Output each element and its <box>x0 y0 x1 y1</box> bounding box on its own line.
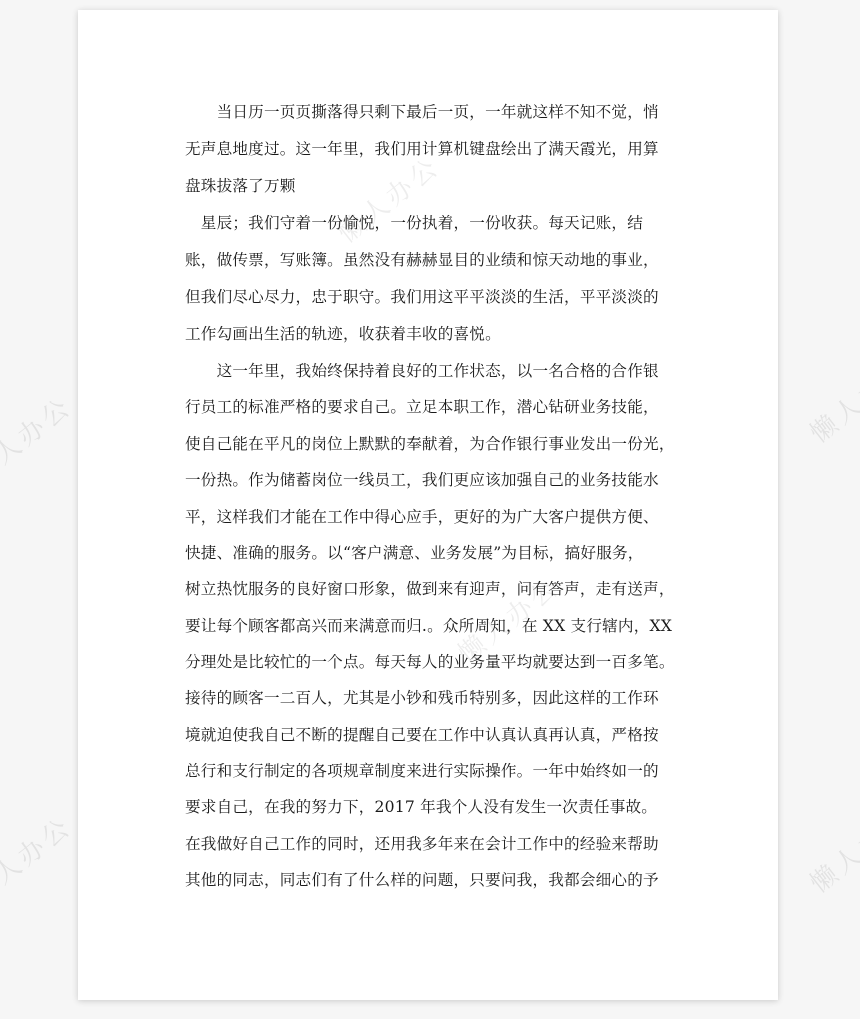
text-line: 接待的顾客一二百人，尤其是小钞和残币特别多，因此这样的工作环 <box>185 687 685 709</box>
text-line: 工作勾画出生活的轨迹，收获着丰收的喜悦。 <box>185 323 685 345</box>
watermark: 懒人办公 <box>0 387 79 490</box>
text-line: 一份热。作为储蓄岗位一线员工，我们更应该加强自己的业务技能水 <box>185 469 685 491</box>
text-line: 无声息地度过。这一年里，我们用计算机键盘绘出了满天霞光，用算 <box>185 138 685 160</box>
text-line: 行员工的标准严格的要求自己。立足本职工作，潜心钻研业务技能， <box>185 396 685 418</box>
watermark: 懒人办公 <box>801 347 860 450</box>
text-line: 要让每个顾客都高兴而来满意而归.。众所周知，在 XX 支行辖内，XX <box>185 615 685 637</box>
document-page: 懒人办公 懒人办公 当日历一页页撕落得只剩下最后一页，一年就这样不知不觉，悄 无… <box>78 10 778 1000</box>
text-line: 这一年里，我始终保持着良好的工作状态，以一名合格的合作银 <box>185 360 685 382</box>
text-line: 当日历一页页撕落得只剩下最后一页，一年就这样不知不觉，悄 <box>185 101 685 123</box>
text-line: 总行和支行制定的各项规章制度来进行实际操作。一年中始终如一的 <box>185 760 685 782</box>
text-line: 使自己能在平凡的岗位上默默的奉献着，为合作银行事业发出一份光， <box>185 433 685 455</box>
watermark: 懒人办公 <box>329 147 446 250</box>
text-line: 但我们尽心尽力，忠于职守。我们用这平平淡淡的生活，平平淡淡的 <box>185 286 685 308</box>
text-line: 平，这样我们才能在工作中得心应手，更好的为广大客户提供方便、 <box>185 506 685 528</box>
text-line: 要求自己，在我的努力下，2017 年我个人没有发生一次责任事故。 <box>185 796 685 818</box>
text-line: 快捷、准确的服务。以“客户满意、业务发展”为目标，搞好服务， <box>185 542 685 564</box>
text-line: 分理处是比较忙的一个点。每天每人的业务量平均就要达到一百多笔。 <box>185 651 685 673</box>
text-line: 盘珠拔落了万颗 <box>185 175 685 197</box>
text-line: 在我做好自己工作的同时，还用我多年来在会计工作中的经验来帮助 <box>185 833 685 855</box>
text-line: 境就迫使我自己不断的提醒自己要在工作中认真认真再认真，严格按 <box>185 724 685 746</box>
watermark: 懒人办公 <box>801 797 860 900</box>
text-line: 其他的同志，同志们有了什么样的问题，只要问我，我都会细心的予 <box>185 869 685 891</box>
text-line: 账，做传票，写账簿。虽然没有赫赫显目的业绩和惊天动地的事业， <box>185 249 685 271</box>
watermark: 懒人办公 <box>0 807 79 910</box>
text-line: 星辰；我们守着一份愉悦，一份执着，一份收获。每天记账，结 <box>185 212 685 234</box>
text-line: 树立热忱服务的良好窗口形象，做到来有迎声，问有答声，走有送声， <box>185 578 685 600</box>
